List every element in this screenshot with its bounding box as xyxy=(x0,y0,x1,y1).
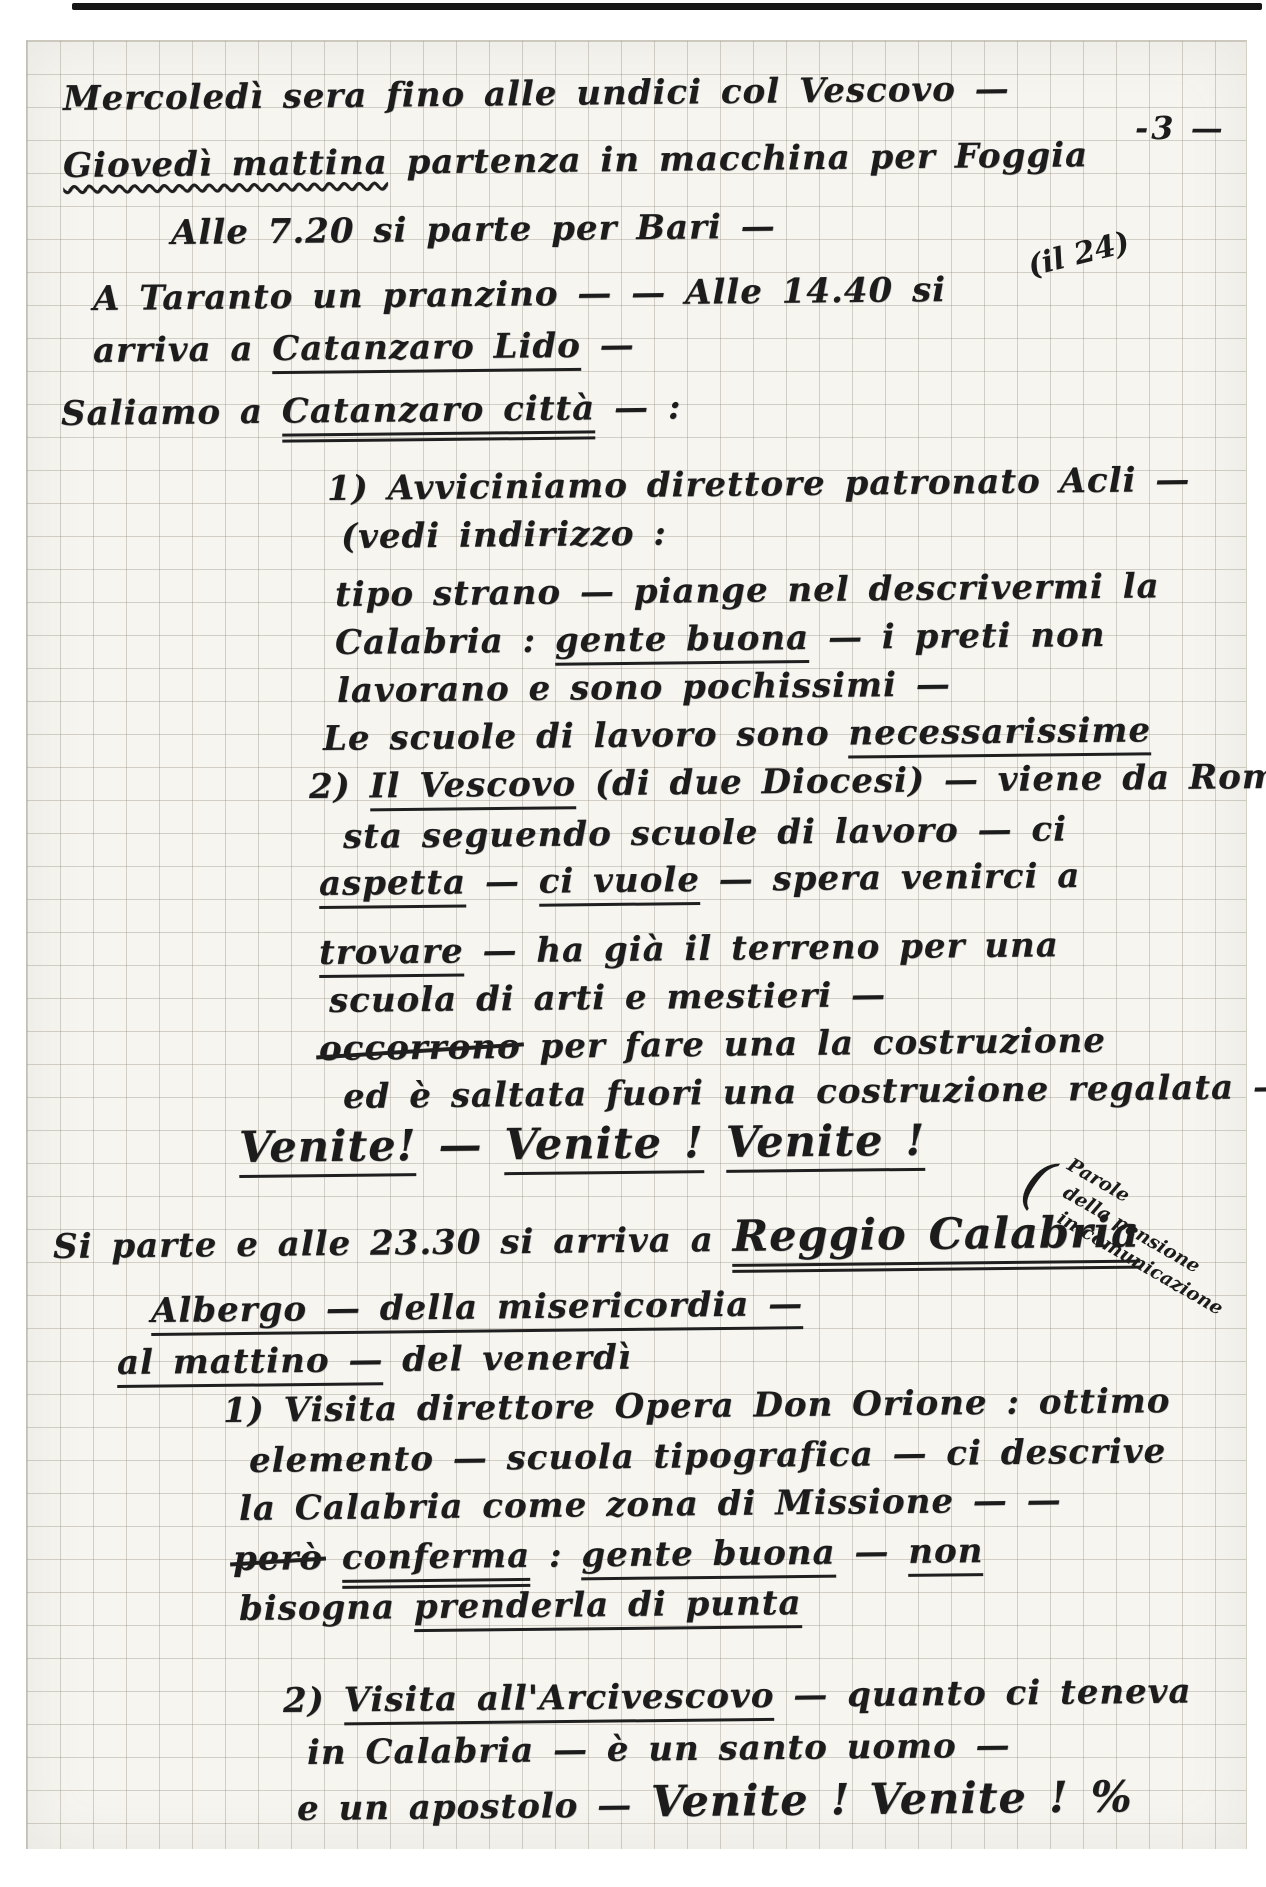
manuscript-line: Saliamo a Catanzaro città — : xyxy=(61,388,682,434)
manuscript-line: bisogna prenderla di punta xyxy=(239,1583,802,1629)
underlined-text: Visita all'Arcivescovo xyxy=(343,1676,774,1726)
manuscript-line: arriva a Catanzaro Lido — xyxy=(93,325,635,371)
handwriting-text: — xyxy=(835,1532,908,1573)
underlined-text: ci vuole xyxy=(538,860,700,907)
handwriting-text: Saliamo a xyxy=(61,392,282,434)
handwriting-text: del venerdì xyxy=(383,1338,632,1381)
struck-text: occorrono xyxy=(319,1027,521,1069)
manuscript-line: Venite! — Venite ! Venite ! xyxy=(239,1116,926,1173)
manuscript-line: Le scuole di lavoro sono necessarissime xyxy=(323,710,1151,759)
handwriting-text: Calabria : xyxy=(335,621,555,663)
handwriting-text: (di due Diocesi) — viene da Roma — xyxy=(576,756,1266,804)
handwriting-text: sta seguendo scuole di lavoro — ci xyxy=(343,809,1067,857)
double-underlined-text: Catanzaro città xyxy=(282,388,596,442)
handwriting-text: la Calabria come zona di Missione — — xyxy=(239,1480,1062,1529)
underlined-text: non xyxy=(908,1531,984,1577)
handwriting-text: A Taranto un pranzino — — Alle 14.40 si xyxy=(93,270,946,319)
manuscript-line: occorrono per fare una la costruzione xyxy=(319,1021,1106,1069)
manuscript-line: al mattino — del venerdì xyxy=(117,1338,632,1383)
manuscript-line: ed è saltata fuori una costruzione regal… xyxy=(343,1067,1266,1117)
handwriting-text: Venite ! xyxy=(651,1775,851,1827)
underlined-text: gente buona xyxy=(581,1533,836,1581)
wavy-underlined-text: Giovedì mattina xyxy=(63,143,388,186)
manuscript-line: però conferma : gente buona — non xyxy=(233,1531,984,1579)
handwriting-text: tipo strano — piange nel descrivermi la xyxy=(335,566,1160,615)
underlined-text: aspetta xyxy=(319,862,466,909)
underlined-text: Venite! xyxy=(239,1121,417,1178)
manuscript-line: 1) Visita direttore Opera Don Orione : o… xyxy=(223,1381,1171,1431)
handwriting-text: 2) xyxy=(283,1680,344,1721)
handwriting-text: arriva a xyxy=(93,329,273,371)
underlined-text: al mattino — xyxy=(117,1340,384,1388)
manuscript-line: 2) Visita all'Arcivescovo — quanto ci te… xyxy=(283,1671,1192,1721)
handwriting-text: bisogna xyxy=(239,1587,414,1629)
manuscript-line: Alle 7.20 si parte per Bari — xyxy=(171,207,776,253)
handwriting-text: Alle 7.20 si parte per Bari — xyxy=(171,207,776,253)
manuscript-line: trovare — ha già il terreno per una xyxy=(319,925,1059,973)
handwriting-text: scuola di arti e mestieri — xyxy=(329,975,886,1021)
manuscript-line: sta seguendo scuole di lavoro — ci xyxy=(343,809,1067,857)
struck-text: però xyxy=(233,1538,323,1579)
manuscript-line: in Calabria — è un santo uomo — xyxy=(307,1726,1011,1773)
manuscript-line: 2) Il Vescovo (di due Diocesi) — viene d… xyxy=(309,756,1266,807)
handwriting-text: in Calabria — è un santo uomo — xyxy=(307,1726,1011,1773)
underlined-text: Il Vescovo xyxy=(369,764,576,811)
underlined-text: Albergo — della misericordia — xyxy=(151,1284,804,1336)
handwriting-text xyxy=(850,1783,869,1823)
handwriting-text xyxy=(704,1118,727,1168)
manuscript-line: elemento — scuola tipografica — ci descr… xyxy=(249,1431,1167,1481)
handwriting-text: : xyxy=(530,1535,582,1576)
handwriting-text: Si parte e alle 23.30 si arriva a xyxy=(53,1220,733,1267)
manuscript-line: (vedi indirizzo : xyxy=(341,514,667,557)
handwriting-text: — : xyxy=(595,388,682,429)
handwriting-text: per fare una la costruzione xyxy=(520,1021,1106,1067)
handwriting-text: Le scuole di lavoro sono xyxy=(323,713,849,758)
handwriting-text: — xyxy=(581,325,635,366)
handwriting-text: — quanto ci teneva xyxy=(774,1671,1191,1715)
manuscript-line: la Calabria come zona di Missione — — xyxy=(239,1480,1062,1529)
manuscript-line: Giovedì mattina partenza in macchina per… xyxy=(63,135,1089,186)
handwriting-text: — spera venirci a xyxy=(700,856,1081,900)
handwriting-text: (vedi indirizzo : xyxy=(341,514,667,557)
manuscript-line: Calabria : gente buona — i preti non xyxy=(335,615,1106,663)
underlined-text: necessarissime xyxy=(848,710,1151,758)
manuscript-line: lavorano e sono pochissimi — xyxy=(337,665,951,711)
handwriting-text: — i preti non xyxy=(809,615,1106,658)
handwriting-text: 1) Avviciniamo direttore patronato Acli … xyxy=(327,460,1191,509)
handwriting-text: 1) Visita direttore Opera Don Orione : o… xyxy=(223,1381,1171,1431)
underlined-text: Venite ! xyxy=(504,1118,704,1175)
handwriting-text: ed è saltata fuori una costruzione regal… xyxy=(343,1067,1266,1117)
handwriting-text: e un apostolo — xyxy=(297,1785,651,1829)
handwriting-text: partenza in macchina per Foggia xyxy=(387,135,1088,182)
manuscript-line: e un apostolo — Venite ! Venite ! % xyxy=(297,1772,1133,1831)
manuscript-line: A Taranto un pranzino — — Alle 14.40 si xyxy=(93,270,946,319)
underlined-text: Venite ! xyxy=(726,1116,926,1173)
underlined-text: trovare xyxy=(319,931,464,978)
manuscript-line: Albergo — della misericordia — xyxy=(151,1284,804,1331)
handwriting-text: lavorano e sono pochissimi — xyxy=(337,665,951,711)
grid-paper: -3 — Mercoledì sera fino alle undici col… xyxy=(26,40,1247,1849)
handwriting-text: elemento — scuola tipografica — ci descr… xyxy=(249,1431,1167,1481)
scanned-manuscript-page: { "page_number": "-3 —", "date_note": "(… xyxy=(0,0,1266,1887)
manuscript-line: Si parte e alle 23.30 si arriva a Reggio… xyxy=(53,1208,1140,1269)
handwriting-text: Mercoledì sera fino alle undici col Vesc… xyxy=(63,69,1010,119)
manuscript-line: tipo strano — piange nel descrivermi la xyxy=(335,566,1160,615)
handwriting-text: % xyxy=(1068,1772,1132,1823)
page-number: -3 — xyxy=(1135,109,1226,147)
manuscript-line: Mercoledì sera fino alle undici col Vesc… xyxy=(63,69,1010,119)
manuscript-line: 1) Avviciniamo direttore patronato Acli … xyxy=(327,460,1191,509)
handwriting-text: 2) xyxy=(309,766,370,807)
underlined-text: gente buona xyxy=(555,618,810,666)
manuscript-line: scuola di arti e mestieri — xyxy=(329,975,886,1021)
handwriting-text: — ha già il terreno per una xyxy=(463,925,1059,971)
date-note: (il 24) xyxy=(1024,225,1133,284)
handwriting-text: Venite ! xyxy=(869,1773,1069,1825)
handwriting-text: — xyxy=(416,1120,504,1171)
underlined-text: Catanzaro Lido xyxy=(272,326,581,374)
manuscript-line: aspetta — ci vuole — spera venirci a xyxy=(319,856,1081,904)
double-underlined-text: Reggio Calabria xyxy=(732,1208,1140,1273)
double-underlined-text: conferma xyxy=(342,1536,531,1589)
underlined-text: prenderla di punta xyxy=(414,1583,802,1632)
scan-artifact-strip xyxy=(72,3,1262,10)
handwriting-text: — xyxy=(466,862,539,903)
